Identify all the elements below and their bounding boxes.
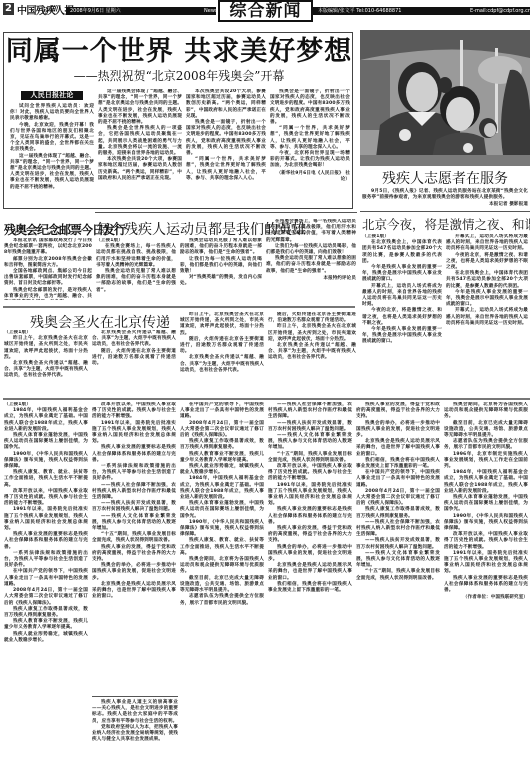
lead-subheadline: ——热烈祝贺“北京2008年残奥会”开幕 [4, 68, 354, 84]
lead-paragraph: 这一届残奥会体现了“超越、融合、共享”的理念，“同一个世界，同一个梦想”是北京奥… [98, 89, 182, 126]
feature-paragraph: 残疾人康复工作取得显著成效，数百万残疾人得到康复服务。 [4, 607, 88, 619]
news-photo-volunteers [360, 30, 530, 166]
lead-paragraph: 残奥会是全世界残疾人的一项盛会，它把各国残疾人运动员聚集在一起，共同展示人类战胜… [98, 126, 182, 157]
feature-paragraph: 一系列法律法规和政策措施的出台，为残疾人平等参与社会生活创造了良好条件。 [4, 551, 88, 570]
lead-credit: （新华社9月6日电《人民日报》 社论） [270, 171, 350, 183]
feature-paragraph: ——残疾人文化体育事业繁荣发展，残疾人参与文化体育活动的人数逐年增加。 [92, 514, 176, 533]
feature-paragraph: 1991年以来，国务院先后批准实施了五个残疾人事业发展规划，残疾人事业纳入国民经… [92, 421, 176, 446]
tonight-paragraph: 开幕式上，运动员入场式将成为最感人的时刻，来自世界各地的残疾人运动员将在鸟巢共同… [362, 284, 442, 309]
feature-paragraph: 在中国共产党的领导下，中国残疾人事业走出了一条具有中国特色的发展道路。 [356, 470, 440, 489]
torch-headline: 残奥会圣火在北京传递 [30, 312, 170, 332]
section-divider [360, 211, 530, 212]
feature-paragraph: 残奥会的举办，必将进一步推动中国残疾人事业的发展，促进社会文明进步。 [268, 545, 352, 564]
feature-paragraph: 1990年，《中华人民共和国残疾人保障法》颁布实施，残疾人权益得到法律保障。 [180, 520, 264, 539]
email-info: E-mail:cdpf@cdpf.org.cn [470, 7, 530, 15]
feature-closing-credit: （作者单位：中国残联研究室） [444, 595, 528, 601]
feature-paragraph: 截至目前，北京已完成大量无障碍设施改造，公共交通、场馆、旅游景点等无障碍水平明显… [180, 576, 264, 595]
torch-paragraph: 随后，火炬传递在北京各主要街道进行，沿途数万名群众观看了传递活动。 [92, 349, 176, 368]
stamp-brief-body: 本报北京讯 国家邮政局发行了今日残奥会纪念邮票一套两枚，以纪念北京2008年残奥… [4, 238, 92, 300]
feature-paragraph: 残奥会期间，北京将为各国残疾人运动员和观众提供无障碍环境与优质服务。 [444, 402, 528, 421]
photo-caption-text: 9月5日，《残疾人报》记者、残疾人运动员服务站在北京某街“残奥会文化服务亭”前接… [362, 189, 528, 201]
feature-paragraph: 残疾人康复、教育、就业、扶贫等工作全面推进，残疾人生活水平不断提高。 [4, 470, 88, 489]
feature-paragraph: 1984年，中国残疾人福利基金会成立，为残疾人事业奠定了基础。中国残疾人联合会1… [180, 476, 264, 501]
feature-paragraph: 残疾人体育事业蓬勃发展，中国残疾人运动员在国际赛场上屡创佳绩，为国争光。 [444, 495, 528, 514]
feature-paragraph: 1990年，《中华人民共和国残疾人保障法》颁布实施，残疾人权益得到法律保障。 [444, 514, 528, 533]
lead-column-2: 这一届残奥会体现了“超越、融合、共享”的理念，“同一个世界，同一个梦想”是北京奥… [98, 89, 182, 207]
torch-paragraph: 昨日上午，北京残奥会圣火在北京城区开始传递，圣火所到之处，市民夹道欢迎，欢呼声此… [268, 324, 356, 343]
torch-paragraph: 北京残奥会圣火传递以“超越、融合、共享”为主题，火炬手中既有残疾人运动员，也有社… [92, 330, 176, 349]
feature-paragraph: “十五”期间，残疾人事业发展目标全面完成，残疾人状况得到明显改善。 [268, 452, 352, 464]
torch-column-2: 北京残奥会圣火传递以“超越、融合、共享”为主题，火炬手中既有残疾人运动员，也有社… [92, 330, 176, 394]
heroes-paragraph: 残奥会运动员克服了常人难以想象的困难，他们的奋斗历程本身就是一部励志的故事，他们… [96, 269, 176, 294]
inset-paragraph: 党和政府坚持以人为本，把残疾人事业纳入经济社会发展全局统筹规划，使残疾人与健全人… [92, 725, 178, 744]
lead-paragraph: 本次残奥会共设20个大项，参赛国家和地区超过历届，参赛运动员人数创历史新高。“两… [186, 89, 266, 120]
brief-paragraph: 本报北京讯 国家邮政局发行了今日残奥会纪念邮票一套两枚，以纪念北京2008年残奥… [4, 238, 92, 257]
feature-paragraph: 残疾人事业发展的重要标志是残疾人社会保障体系和服务体系的建立与完善。 [444, 576, 528, 595]
feature-paragraph: 北京残奥会是残疾人运动员展示风采的舞台，也是世界了解中国残疾人事业的窗口。 [92, 582, 176, 601]
masthead: 2 中国残疾人报 //// 2008年9月6日 星期六 News 综合新闻 本版… [0, 0, 530, 24]
feature-column-3: 在中国共产党的领导下，中国残疾人事业走出了一条具有中国特色的发展道路。 2008… [180, 402, 264, 763]
tonight-column-2: 开幕式上，运动员入场式将成为最感人的时刻，来自世界各地的残疾人运动员将在鸟巢共同… [446, 234, 528, 394]
tonight-paragraph: 在北京残奥会上，中国体育代表团共有547名运动员参加全部20个大项的比赛，是参赛… [446, 271, 528, 290]
feature-paragraph: 残奥会的举办，必将进一步推动中国残疾人事业的发展，促进社会文明进步。 [356, 421, 440, 440]
torch-column-4: 随后，火炬传递在北京各主要街道进行，沿途数万名群众观看了传递活动。 昨日上午，北… [268, 312, 356, 394]
feature-column-6: 残奥会期间，北京将为各国残疾人运动员和观众提供无障碍环境与优质服务。 截至目前，… [444, 402, 528, 763]
tonight-paragraph: 今夜的北京，将是激情之夜、和谐之夜，也将是人类追求美好梦想的不眠之夜。 [362, 308, 442, 327]
feature-paragraph: 1984年，中国残疾人福利基金会成立，为残疾人事业奠定了基础。中国残疾人联合会1… [4, 408, 88, 433]
lead-paragraph: 今夜，北京将向世界呈现一场精彩的开幕式。让我们为残疾人运动员加油，为北京残奥会喝… [270, 151, 350, 170]
feature-paragraph: 改革开放以来，中国残疾人事业取得了历史性的成就。残疾人参与社会生活的能力不断增强… [268, 464, 352, 483]
feature-paragraph: 残疾人事业发展的重要标志是残疾人社会保障体系和服务体系的建立与完善。 [92, 445, 176, 464]
feature-paragraph: 残疾人事业发展的重要标志是残疾人社会保障体系和服务体系的建立与完善。 [268, 507, 352, 526]
lead-paragraph: “同属一个世界，共求美好梦想”，残奥会让世界更好地了解残疾人，让残疾人更好地融入… [186, 157, 266, 182]
feature-paragraph: 在中国共产党的领导下，中国残疾人事业走出了一条具有中国特色的发展道路。 [180, 402, 264, 421]
feature-paragraph: 2008年4月24日，第十一届全国人大常委会第二次会议审议通过了修订后的《残疾人… [180, 421, 264, 440]
photo-image [360, 30, 530, 166]
feature-paragraph: ——残疾人社会保障不断加强，农村残疾人纳入新型农村合作医疗和最低生活保障。 [356, 520, 440, 539]
feature-paragraph: 残疾人教育事业不断发展，残疾儿童少年义务教育入学率逐年提高。 [4, 619, 88, 631]
feature-paragraph: 改革开放以来，中国残疾人事业取得了历史性的成就。残疾人参与社会生活的能力不断增强… [4, 489, 88, 508]
brief-paragraph: 全国各地邮政网点、集邮公司今日起出售该套邮票，中国邮政同时发行纪念邮资封、首日封… [4, 269, 92, 288]
heroes-tag: （上接1版） [96, 238, 123, 243]
lead-column-3: 本次残奥会共设20个大项，参赛国家和地区超过历届，参赛运动员人数创历史新高。“两… [186, 89, 266, 207]
lead-column-1: 人民日报社论 试问全世界残疾人运动员：欢迎你！对此，残疾人运动员要向全世界人民表… [10, 89, 94, 207]
news-label: News [204, 7, 218, 15]
photo-caption: 9月5日，《残疾人报》记者、残疾人运动员服务站在北京某街“残奥会文化服务亭”前接… [362, 189, 528, 208]
feature-paragraph: ——残疾人扶贫开发成效显著，数百万农村贫困残疾人解决了温饱问题。 [268, 421, 352, 433]
feature-inset: 残疾人事业是人道主义的崇高事业——关心残疾人，是社会文明进步的重要标志。残疾人是… [92, 696, 178, 760]
feature-paragraph: 残疾人就业形势稳定，城镇残疾人就业人数稳步增长。 [4, 632, 88, 644]
feature-column-5: 残疾人事业的发展，得益于党和政府的高度重视，得益于社会各界的大力支持。 残奥会的… [356, 402, 440, 763]
feature-column-2: 改革开放以来，中国残疾人事业取得了历史性的成就。残疾人参与社会生活的能力不断增强… [92, 402, 176, 692]
feature-paragraph: 志愿者队伍为残奥会提供全方位服务，展示了首都市民的文明风貌。 [180, 594, 264, 606]
feature-paragraph: 残疾人事业的发展，得益于党和政府的高度重视，得益于社会各界的大力支持。 [92, 545, 176, 564]
torch-paragraph: 随后，火炬传递在北京各主要街道进行，沿途数万名群众观看了传递活动。 [180, 337, 264, 356]
feature-paragraph: “十五”期间，残疾人事业发展目标全面完成，残疾人状况得到明显改善。 [356, 569, 440, 581]
feature-paragraph: 1984年，中国残疾人福利基金会成立，为残疾人事业奠定了基础。中国残疾人联合会1… [444, 470, 528, 495]
torch-paragraph: 昨日上午，北京残奥会圣火在北京城区开始传递，圣火所到之处，市民夹道欢迎，欢呼声此… [180, 312, 264, 337]
feature-paragraph: ——残疾人文化体育事业繁荣发展，残疾人参与文化体育活动的人数逐年增加。 [268, 433, 352, 452]
photo-caption-title: 残疾人志愿者在服务 [360, 170, 530, 188]
feature-paragraph: ——残疾人社会保障不断加强，农村残疾人纳入新型农村合作医疗和最低生活保障。 [92, 483, 176, 502]
tonight-paragraph: 今年是残疾人事业发展的重要一年，残奥会是展示中国残疾人事业发展成就的窗口。 [362, 327, 442, 346]
paper-logo: 中国残疾人报 [17, 2, 74, 17]
heroes-paragraph: 对“残奥英雄”的赞美，发自内心深处。 [180, 275, 262, 287]
feature-paragraph: 我们相信，残奥会将在中国残疾人事业发展史上留下浓墨重彩的一笔。 [356, 458, 440, 470]
issue-date: 2008年9月6日 星期六 [70, 7, 121, 15]
photo-credit: 本报记者 摄影报道 [362, 202, 528, 208]
heroes-column-1: （上接1版） 在残奥会赛场上，每一名残疾人运动员都在挑战自我、挑战极限，他们用汗… [96, 238, 176, 300]
tonight-paragraph: 今年是残疾人事业发展的重要一年，残奥会是展示中国残疾人事业发展成就的窗口。 [446, 290, 528, 309]
feature-paragraph: 志愿者队伍为残奥会提供全方位服务，展示了首都市民的文明风貌。 [444, 439, 528, 451]
torch-paragraph: 北京残奥会圣火传递以“超越、融合、共享”为主题，火炬手中既有残疾人运动员，也有社… [268, 343, 356, 362]
feature-paragraph: 改革开放以来，中国残疾人事业取得了历史性的成就。残疾人参与社会生活的能力不断增强… [444, 532, 528, 551]
feature-paragraph: 1991年以来，国务院先后批准实施了五个残疾人事业发展规划，残疾人事业纳入国民经… [268, 483, 352, 508]
tonight-headline: 北京今夜，将是激情之夜、和谐之夜 [362, 215, 530, 233]
brief-paragraph: 残奥会纪念邮票的发行，是对残疾人体育事业的支持，也为“超越、融合、共享”的残奥理… [4, 288, 92, 300]
masthead-slashes: //// [50, 4, 58, 13]
tonight-column-1: （上接1版） 在北京残奥会上，中国体育代表团共有547名运动员参加全部20个大项… [362, 234, 442, 394]
feature-paragraph: 北京残奥会是残疾人运动员展示风采的舞台，也是世界了解中国残疾人事业的窗口。 [356, 439, 440, 458]
lead-headline: 同属一个世界 共求美好梦想 [4, 36, 354, 68]
feature-paragraph: “十五”期间，残疾人事业发展目标全面完成，残疾人状况得到明显改善。 [92, 532, 176, 544]
feature-paragraph: 2008年4月24日，第十一届全国人大常委会第二次会议审议通过了修订后的《残疾人… [4, 588, 88, 607]
section-title: 综合新闻 [218, 0, 313, 22]
feature-paragraph: 北京残奥会是残疾人运动员展示风采的舞台，也是世界了解中国残疾人事业的窗口。 [268, 563, 352, 582]
editorial-kicker: 人民日报社论 [21, 91, 83, 100]
feature-paragraph: 残奥会期间，北京将为各国残疾人运动员和观众提供无障碍环境与优质服务。 [180, 557, 264, 576]
heroes-column-3: 在残奥会赛场上，每一名残疾人运动员都在挑战自我、挑战极限，他们用汗水和坚持诠释着… [266, 219, 356, 307]
lead-paragraph: 本次残奥会共设20个大项，参赛国家和地区超过历届，参赛运动员人数创历史新高。“两… [98, 157, 182, 182]
heroes-paragraph: 在残奥会赛场上，每一名残疾人运动员都在挑战自我、挑战极限，他们用汗水和坚持诠释着… [96, 244, 176, 269]
heroes-paragraph: 让我们为每一位残疾人运动员喝彩，他们都是我们心中的英雄，向他们致敬！ [180, 257, 262, 276]
lead-article: 同属一个世界 共求美好梦想 ——热烈祝贺“北京2008年残奥会”开幕 人民日报社… [3, 32, 353, 209]
tonight-paragraph: 今夜的北京，将是激情之夜、和谐之夜，也将是人类追求美好梦想的不眠之夜。 [446, 253, 528, 272]
feature-paragraph: 残疾人体育事业蓬勃发展，中国残疾人运动员在国际赛场上屡创佳绩，为国争光。 [4, 433, 88, 452]
lead-paragraph: “同属一个世界，共求美好梦想”，残奥会让世界更好地了解残疾人，让残疾人更好地融入… [270, 126, 350, 151]
torch-column-3: 昨日上午，北京残奥会圣火在北京城区开始传递，圣火所到之处，市民夹道欢迎，欢呼声此… [180, 312, 264, 394]
feature-tag: （上接1版） [4, 402, 31, 407]
heroes-paragraph: 在残奥会赛场上，每一名残疾人运动员都在挑战自我、挑战极限，他们用汗水和坚持诠释着… [266, 219, 356, 244]
feature-paragraph: 残奥会的举办，必将进一步推动中国残疾人事业的发展，促进社会文明进步。 [92, 563, 176, 582]
heroes-paragraph: 残奥会运动员克服了常人难以想象的困难，他们的奋斗历程本身就是一部励志的故事，他们… [266, 256, 356, 275]
section-divider [3, 306, 355, 308]
torch-column-1: （上接1版） 昨日上午，北京残奥会圣火在北京城区开始传递，圣火所到之处，市民夹道… [4, 330, 88, 394]
lead-paragraph: 试问全世界残疾人运动员：欢迎你！对此，残疾人运动员要向全世界人民表示敬意和感谢。 [10, 104, 94, 123]
heroes-paragraph: 让我们为每一位残疾人运动员喝彩，他们都是我们心中的英雄，向他们致敬！ [266, 244, 356, 256]
feature-paragraph: 残疾人教育事业不断发展，残疾儿童少年义务教育入学率逐年提高。 [180, 452, 264, 464]
feature-paragraph: 残疾人康复工作取得显著成效，数百万残疾人得到康复服务。 [356, 507, 440, 519]
feature-paragraph: 残疾人就业形势稳定，城镇残疾人就业人数稳步增长。 [180, 464, 264, 476]
feature-paragraph: 残疾人康复工作取得显著成效，数百万残疾人得到康复服务。 [180, 439, 264, 451]
feature-paragraph: 1996年，北京市制定实施残疾人事业发展规划，残疾人工作走在全国前列。 [444, 452, 528, 471]
feature-paragraph: ——残疾人扶贫开发成效显著，数百万农村贫困残疾人解决了温饱问题。 [92, 501, 176, 513]
section-divider [3, 398, 530, 400]
lead-paragraph: 残奥会是一面镜子，折射出一个国家对残疾人的态度，也反映出社会文明进步的程度。中国… [270, 89, 350, 126]
page-number: 2 [3, 3, 14, 15]
heroes-credit: 本报特约评论员 [266, 276, 356, 282]
feature-paragraph: 残疾人体育事业蓬勃发展，中国残疾人运动员在国际赛场上屡创佳绩，为国争光。 [180, 501, 264, 520]
feature-paragraph: 残疾人事业的发展，得益于党和政府的高度重视，得益于社会各界的大力支持。 [356, 402, 440, 421]
lead-paragraph: 残奥会是一面镜子，折射出一个国家对残疾人的态度，也反映出社会文明进步的程度。中国… [186, 120, 266, 157]
feature-paragraph: 残疾人事业发展的重要标志是残疾人社会保障体系和服务体系的建立与完善。 [4, 532, 88, 551]
feature-paragraph: 1990年，《中华人民共和国残疾人保障法》颁布实施，残疾人权益得到法律保障。 [4, 452, 88, 471]
editor-info: 本版编辑/张文平 Tel:010-64688871 [318, 7, 401, 15]
lead-paragraph: 今晚，北京欢迎，残奥会开幕！我们与世界各国和地区的朋友们相聚北京，见证在鸟巢举行… [10, 123, 94, 154]
tonight-paragraph: 开幕式上，运动员入场式将成为最感人的时刻，来自世界各地的残疾人运动员将在鸟巢共同… [446, 234, 528, 253]
feature-paragraph: 一系列法律法规和政策措施的出台，为残疾人平等参与社会生活创造了良好条件。 [92, 464, 176, 483]
torch-tag: （上接1版） [4, 330, 31, 335]
torch-paragraph: 北京残奥会圣火传递以“超越、融合、共享”为主题，火炬手中既有残疾人运动员，也有社… [4, 361, 88, 380]
lead-column-4: 残奥会是一面镜子，折射出一个国家对残疾人的态度，也反映出社会文明进步的程度。中国… [270, 89, 350, 207]
torch-paragraph: 随后，火炬传递在北京各主要街道进行，沿途数万名群众观看了传递活动。 [268, 312, 356, 324]
feature-paragraph: ——残疾人文化体育事业繁荣发展，残疾人参与文化体育活动的人数逐年增加。 [356, 551, 440, 570]
inset-paragraph: 残疾人事业是人道主义的崇高事业——关心残疾人，是社会文明进步的重要标志。残疾人是… [92, 700, 178, 725]
tonight-tag: （上接1版） [362, 234, 389, 239]
feature-paragraph: 2008年4月24日，第十一届全国人大常委会第二次会议审议通过了修订后的《残疾人… [356, 489, 440, 508]
tonight-paragraph: 开幕式上，运动员入场式将成为最感人的时刻，来自世界各地的残疾人运动员将在鸟巢共同… [446, 308, 528, 327]
feature-paragraph: 改革开放以来，中国残疾人事业取得了历史性的成就。残疾人参与社会生活的能力不断增强… [92, 402, 176, 421]
heroes-column-2: 残奥会运动员克服了常人难以想象的困难，他们的奋斗历程本身就是一部励志的故事，他们… [180, 238, 262, 300]
feature-paragraph: ——残疾人扶贫开发成效显著，数百万农村贫困残疾人解决了温饱问题。 [356, 538, 440, 550]
torch-paragraph: 北京残奥会圣火传递以“超越、融合、共享”为主题，火炬手中既有残疾人运动员，也有社… [180, 355, 264, 374]
feature-column-1: （上接1版） 1984年，中国残疾人福利基金会成立，为残疾人事业奠定了基础。中国… [4, 402, 88, 763]
feature-paragraph: ——残疾人社会保障不断加强，农村残疾人纳入新型农村合作医疗和最低生活保障。 [268, 402, 352, 421]
section-divider [95, 212, 357, 213]
feature-paragraph: 残疾人事业的发展，得益于党和政府的高度重视，得益于社会各界的大力支持。 [268, 526, 352, 545]
lead-paragraph: 这一届残奥会体现了“超越、融合、共享”的理念，“同一个世界，同一个梦想”是北京奥… [10, 154, 94, 191]
feature-paragraph: 1991年以来，国务院先后批准实施了五个残疾人事业发展规划，残疾人事业纳入国民经… [4, 507, 88, 532]
feature-paragraph: 截至目前，北京已完成大量无障碍设施改造，公共交通、场馆、旅游景点等无障碍水平明显… [444, 421, 528, 440]
brief-paragraph: 邮票分别为北京2008年残奥会会徽和吉祥物，图案简洁大方。 [4, 257, 92, 269]
tonight-paragraph: 在北京残奥会上，中国体育代表团共有547名运动员参加全部20个大项的比赛，是参赛… [362, 240, 442, 265]
tonight-paragraph: 今年是残疾人事业发展的重要一年，残奥会是展示中国残疾人事业发展成就的窗口。 [362, 265, 442, 284]
feature-paragraph: 1991年以来，国务院先后批准实施了五个残疾人事业发展规划，残疾人事业纳入国民经… [444, 551, 528, 576]
feature-column-4: ——残疾人社会保障不断加强，农村残疾人纳入新型农村合作医疗和最低生活保障。 ——… [268, 402, 352, 763]
heroes-paragraph: 残奥会运动员克服了常人难以想象的困难，他们的奋斗历程本身就是一部励志的故事，他们… [180, 238, 262, 257]
feature-paragraph: 在中国共产党的领导下，中国残疾人事业走出了一条具有中国特色的发展道路。 [4, 569, 88, 588]
feature-paragraph: 残疾人康复、教育、就业、扶贫等工作全面推进，残疾人生活水平不断提高。 [180, 538, 264, 557]
torch-paragraph: 昨日上午，北京残奥会圣火在北京城区开始传递，圣火所到之处，市民夹道欢迎，欢呼声此… [4, 336, 88, 361]
feature-paragraph: 我们相信，残奥会将在中国残疾人事业发展史上留下浓墨重彩的一笔。 [268, 582, 352, 594]
